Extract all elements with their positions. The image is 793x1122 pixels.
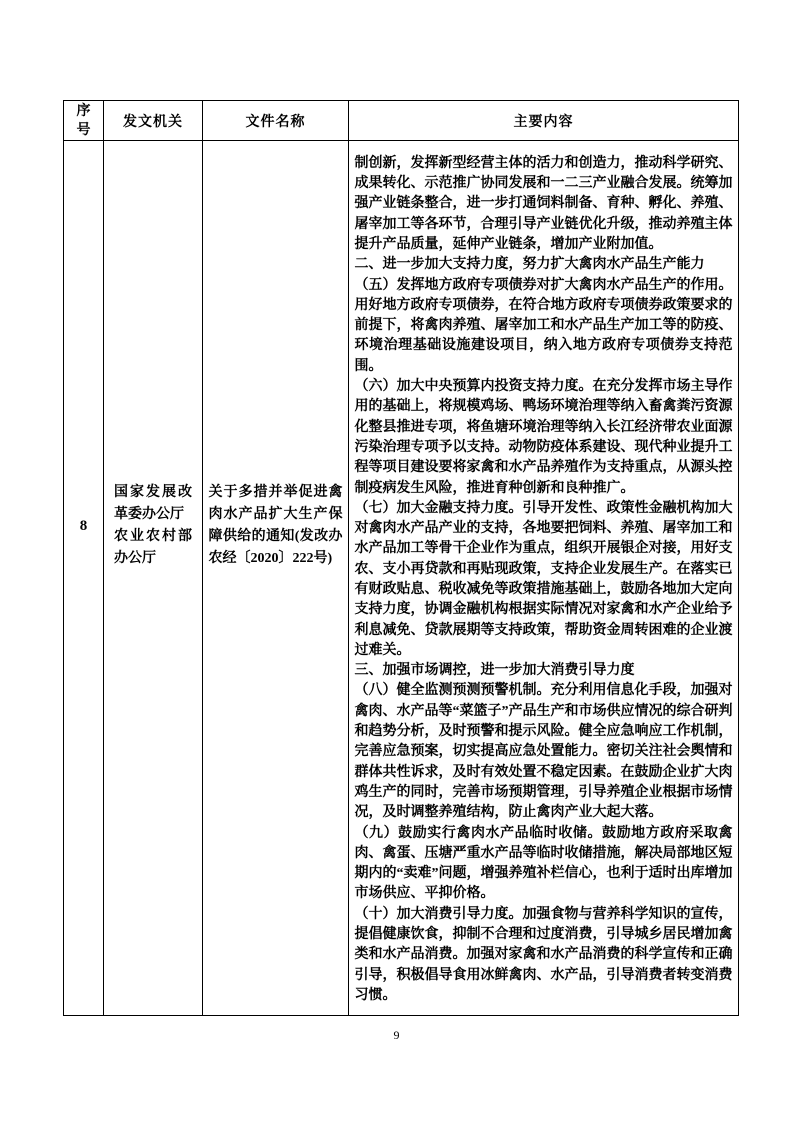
regulations-table: 序号 发文机关 文件名称 主要内容 8 国家发展改革委办公厅 农业农村部办公厅: [63, 100, 739, 1016]
column-header-main-content-label: 主要内容: [514, 115, 574, 130]
column-header-doc-name: 文件名称: [203, 101, 349, 141]
column-header-seq-label: 序号: [76, 102, 92, 140]
seq-value: 8: [64, 518, 103, 535]
seq-cell: 8: [64, 141, 104, 1016]
content-paragraph: 制创新，发挥新型经营主体的活力和创造力，推动科学研究、成果转化、示范推广协同发展…: [355, 154, 733, 255]
column-header-doc-name-label: 文件名称: [246, 115, 306, 130]
column-header-agency: 发文机关: [104, 101, 203, 141]
content-paragraph: （五）发挥地方政府专项债券对扩大禽肉水产品生产的作用。用好地方政府专项债券，在符…: [355, 276, 733, 377]
agency-line: 国家发展改革委办公厅: [114, 482, 192, 526]
column-header-seq: 序号: [64, 101, 104, 141]
page-number: 9: [0, 1028, 793, 1043]
table-row: 8 国家发展改革委办公厅 农业农村部办公厅 关于多措并举促进禽肉水产品扩大生产保…: [64, 141, 739, 1016]
agency-cell: 国家发展改革委办公厅 农业农村部办公厅: [104, 141, 203, 1016]
agency-line: 农业农村部办公厅: [114, 526, 192, 570]
content-paragraph: （六）加大中央预算内投资支持力度。在充分发挥市场主导作用的基础上，将规模鸡场、鸭…: [355, 377, 733, 499]
document-page: 序号 发文机关 文件名称 主要内容 8 国家发展改革委办公厅 农业农村部办公厅: [0, 0, 793, 1122]
content-paragraph: （七）加大金融支持力度。引导开发性、政策性金融机构加大对禽肉水产品产业的支持，各…: [355, 499, 733, 661]
doc-name-text: 关于多措并举促进禽肉水产品扩大生产保障供给的通知(发改办农经〔2020〕222号…: [209, 482, 343, 570]
column-header-main-content: 主要内容: [349, 101, 739, 141]
content-paragraph: （十）加大消费引导力度。加强食物与营养科学知识的宣传，提倡健康饮食，抑制不合理和…: [355, 905, 733, 1006]
content-paragraph: （八）健全监测预测预警机制。充分利用信息化手段，加强对禽肉、水产品等“菜篮子”产…: [355, 681, 733, 823]
column-header-agency-label: 发文机关: [123, 115, 183, 130]
table-header-row: 序号 发文机关 文件名称 主要内容: [64, 101, 739, 141]
content-paragraph: 二、进一步加大支持力度，努力扩大禽肉水产品生产能力: [355, 255, 733, 275]
content-paragraph: 三、加强市场调控，进一步加大消费引导力度: [355, 661, 733, 681]
content-cell: 制创新，发挥新型经营主体的活力和创造力，推动科学研究、成果转化、示范推广协同发展…: [349, 141, 739, 1016]
content-paragraph: （九）鼓励实行禽肉水产品临时收储。鼓励地方政府采取禽肉、禽蛋、压塘严重水产品等临…: [355, 824, 733, 905]
doc-name-cell: 关于多措并举促进禽肉水产品扩大生产保障供给的通知(发改办农经〔2020〕222号…: [203, 141, 349, 1016]
